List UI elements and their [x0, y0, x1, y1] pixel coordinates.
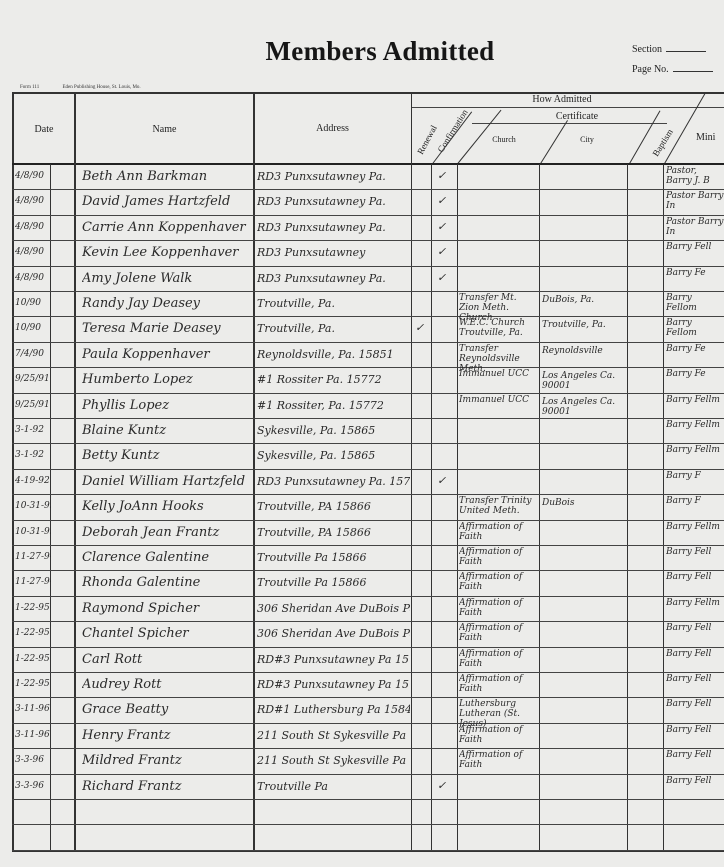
row-rule [12, 266, 724, 267]
row-rule [12, 824, 724, 825]
certificate-rule [472, 123, 667, 124]
address-cell: Troutville Pa 15866 [257, 551, 410, 564]
date-cell: 7/4/90 [15, 349, 51, 359]
minister-cell: Pastor Barry In [666, 217, 724, 237]
minister-cell: Pastor Barry In [666, 191, 724, 211]
church-cell: Affirmation of Faith [459, 725, 539, 745]
minister-cell: Barry Fell [666, 776, 724, 786]
row-rule [12, 367, 724, 368]
row-rule [12, 469, 724, 470]
date-cell: 10/90 [15, 298, 51, 308]
minister-cell: Barry Fell [666, 750, 724, 760]
minister-cell: Barry Fellom [666, 293, 724, 313]
church-cell: Affirmation of Faith [459, 547, 539, 567]
minister-cell: Barry Fellom [666, 318, 724, 338]
page-title: Members Admitted [0, 36, 724, 67]
church-cell: Affirmation of Faith [459, 623, 539, 643]
name-cell: Betty Kuntz [82, 448, 252, 463]
minister-cell: Barry Fe [666, 369, 724, 379]
name-cell: Raymond Spicher [82, 601, 252, 616]
name-cell: Carl Rott [82, 652, 252, 667]
name-cell: Amy Jolene Walk [82, 271, 252, 286]
name-cell: Mildred Frantz [82, 753, 252, 768]
name-address-divider [253, 92, 255, 852]
row-rule [12, 850, 724, 851]
name-cell: Blaine Kuntz [82, 423, 252, 438]
city-cell: Reynoldsville [542, 346, 627, 356]
minister-cell: Barry Fellm [666, 420, 724, 430]
church-cell: W.E.C. Church Troutville, Pa. [459, 318, 539, 338]
name-cell: Humberto Lopez [82, 372, 252, 387]
row-rule [12, 596, 724, 597]
minister-cell: Pastor, Barry J. B [666, 166, 724, 186]
page-number-label: Page No. [632, 64, 713, 75]
minister-cell: Barry Fell [666, 725, 724, 735]
address-cell: 306 Sheridan Ave DuBois Pa [257, 602, 410, 615]
header-minister: Mini [696, 132, 724, 143]
date-cell: 3-1-92 [15, 425, 51, 435]
row-rule [12, 621, 724, 622]
header-address: Address [254, 123, 411, 134]
minister-cell: Barry Fell [666, 623, 724, 633]
date-cell: 4-19-92 [15, 476, 51, 486]
city-cell: DuBois [542, 498, 627, 508]
row-rule [12, 291, 724, 292]
name-cell: Chantel Spicher [82, 626, 252, 641]
date-cell: 1-22-95 [15, 628, 51, 638]
date-cell: 3-11-96 [15, 730, 51, 740]
church-cell: Affirmation of Faith [459, 572, 539, 592]
name-cell: David James Hartzfeld [82, 194, 252, 209]
row-rule [12, 520, 724, 521]
date-cell: 3-1-92 [15, 450, 51, 460]
minister-cell: Barry F [666, 496, 724, 506]
minister-cell: Barry Fell [666, 649, 724, 659]
header-bottom-rule [12, 163, 724, 165]
minister-cell: Barry F [666, 471, 724, 481]
minister-cell: Barry Fellm [666, 598, 724, 608]
form-number: Form 111 [20, 85, 39, 90]
date-cell: 10-31-93 [15, 501, 51, 511]
date-cell: 4/8/90 [15, 222, 51, 232]
church-cell: Affirmation of Faith [459, 674, 539, 694]
address-cell: Troutville, PA 15866 [257, 500, 410, 513]
address-cell: RD#3 Punxsutawney Pa 15767 [257, 678, 410, 691]
minister-cell: Barry Fe [666, 344, 724, 354]
church-cell: Affirmation of Faith [459, 649, 539, 669]
name-cell: Teresa Marie Deasey [82, 321, 252, 336]
name-cell: Randy Jay Deasey [82, 296, 252, 311]
church-cell: Immanuel UCC [459, 395, 539, 405]
city-cell: DuBois, Pa. [542, 295, 627, 305]
confirmation-check-icon: ✓ [437, 474, 453, 487]
date-cell: 10/90 [15, 323, 51, 333]
row-rule [12, 215, 724, 216]
members-register-table: Date Name Address How Admitted Certifica… [12, 92, 724, 852]
name-cell: Clarence Galentine [82, 550, 252, 565]
header-name: Name [76, 124, 253, 135]
name-cell: Deborah Jean Frantz [82, 525, 252, 540]
confirmation-check-icon: ✓ [437, 779, 453, 792]
address-cell: 211 South St Sykesville Pa [257, 754, 410, 767]
church-cell: Affirmation of Faith [459, 750, 539, 770]
date-cell: 3-3-96 [15, 755, 51, 765]
confirmation-check-icon: ✓ [437, 271, 453, 284]
row-rule [12, 418, 724, 419]
city-cell: Los Angeles Ca. 90001 [542, 371, 627, 391]
date-cell: 1-22-95 [15, 603, 51, 613]
date-cell: 4/8/90 [15, 196, 51, 206]
header-church: Church [474, 135, 534, 144]
name-cell: Kevin Lee Koppenhaver [82, 245, 252, 260]
address-cell: Troutville Pa [257, 780, 410, 793]
address-cell: Troutville, PA 15866 [257, 526, 410, 539]
address-admitted-divider [411, 92, 412, 852]
address-cell: Reynoldsville, Pa. 15851 [257, 348, 410, 361]
address-cell: RD3 Punxsutawney Pa. 15767 [257, 475, 410, 488]
name-cell: Henry Frantz [82, 728, 252, 743]
publisher: Eden Publishing House, St. Louis, Mo. [62, 85, 140, 90]
church-cell: Affirmation of Faith [459, 522, 539, 542]
row-rule [12, 723, 724, 724]
name-cell: Daniel William Hartzfeld [82, 474, 252, 489]
confirmation-check-icon: ✓ [437, 169, 453, 182]
row-rule [12, 799, 724, 800]
row-rule [12, 393, 724, 394]
confirmation-check-icon: ✓ [437, 194, 453, 207]
row-rule [12, 545, 724, 546]
address-cell: RD3 Punxsutawney Pa. [257, 272, 410, 285]
name-cell: Beth Ann Barkman [82, 169, 252, 184]
minister-cell: Barry Fell [666, 674, 724, 684]
how-admitted-rule [411, 107, 724, 108]
address-cell: #1 Rossiter, Pa. 15772 [257, 399, 410, 412]
minister-cell: Barry Fell [666, 547, 724, 557]
address-cell: RD3 Punxsutawney Pa. [257, 170, 410, 183]
section-label: Section [632, 44, 706, 55]
minister-cell: Barry Fellm [666, 522, 724, 532]
minister-cell: Barry Fellm [666, 445, 724, 455]
row-rule [12, 189, 724, 190]
confirmation-check-icon: ✓ [437, 245, 453, 258]
name-cell: Kelly JoAnn Hooks [82, 499, 252, 514]
city-cell: Los Angeles Ca. 90001 [542, 397, 627, 417]
address-cell: #1 Rossiter Pa. 15772 [257, 373, 410, 386]
row-rule [12, 316, 724, 317]
address-cell: RD3 Punxsutawney [257, 246, 410, 259]
row-rule [12, 774, 724, 775]
church-cell: Affirmation of Faith [459, 598, 539, 618]
date-cell: 4/8/90 [15, 273, 51, 283]
row-rule [12, 672, 724, 673]
date-cell: 4/8/90 [15, 247, 51, 257]
row-rule [12, 342, 724, 343]
address-cell: 211 South St Sykesville Pa [257, 729, 410, 742]
address-cell: Troutville, Pa. [257, 297, 410, 310]
date-name-divider [74, 92, 76, 852]
row-rule [12, 570, 724, 571]
name-cell: Rhonda Galentine [82, 575, 252, 590]
date-cell: 9/25/91 [15, 400, 51, 410]
date-cell: 11-27-94 [15, 552, 51, 562]
name-cell: Phyllis Lopez [82, 398, 252, 413]
header-date: Date [14, 124, 74, 135]
minister-cell: Barry Fell [666, 572, 724, 582]
date-cell: 1-22-95 [15, 679, 51, 689]
name-cell: Grace Beatty [82, 702, 252, 717]
address-cell: Sykesville, Pa. 15865 [257, 449, 410, 462]
address-cell: Troutville, Pa. [257, 322, 410, 335]
address-cell: RD#3 Punxsutawney Pa 15767 [257, 653, 410, 666]
minister-cell: Barry Fell [666, 242, 724, 252]
church-cell: Transfer Trinity United Meth. [459, 496, 539, 516]
date-cell: 1-22-95 [15, 654, 51, 664]
row-rule [12, 647, 724, 648]
address-cell: RD#1 Luthersburg Pa 15848 [257, 703, 410, 716]
header-how-admitted: How Admitted [412, 94, 712, 105]
header-city: City [557, 135, 617, 144]
row-rule [12, 240, 724, 241]
date-cell: 3-11-96 [15, 704, 51, 714]
minister-cell: Barry Fellm [666, 395, 724, 405]
confirmation-check-icon: ✓ [437, 220, 453, 233]
form-publisher-line: Form 111 Eden Publishing House, St. Loui… [20, 85, 163, 90]
name-cell: Carrie Ann Koppenhaver [82, 220, 252, 235]
address-cell: Troutville Pa 15866 [257, 576, 410, 589]
name-cell: Richard Frantz [82, 779, 252, 794]
renewal-check-icon: ✓ [415, 321, 429, 334]
date-cell: 10-31-93 [15, 527, 51, 537]
city-cell: Troutville, Pa. [542, 320, 627, 330]
date-cell: 9/25/91 [15, 374, 51, 384]
row-rule [12, 494, 724, 495]
row-rule [12, 697, 724, 698]
minister-cell: Barry Fe [666, 268, 724, 278]
address-cell: RD3 Punxsutawney Pa. [257, 195, 410, 208]
address-cell: RD3 Punxsutawney Pa. [257, 221, 410, 234]
address-cell: Sykesville, Pa. 15865 [257, 424, 410, 437]
row-rule [12, 443, 724, 444]
church-cell: Immanuel UCC [459, 369, 539, 379]
date-cell: 4/8/90 [15, 171, 51, 181]
minister-cell: Barry Fell [666, 699, 724, 709]
name-cell: Paula Koppenhaver [82, 347, 252, 362]
date-cell: 11-27-94 [15, 577, 51, 587]
row-rule [12, 748, 724, 749]
name-cell: Audrey Rott [82, 677, 252, 692]
header-certificate: Certificate [482, 111, 672, 122]
address-cell: 306 Sheridan Ave DuBois Pa 15801 [257, 627, 410, 640]
date-cell: 3-3-96 [15, 781, 51, 791]
